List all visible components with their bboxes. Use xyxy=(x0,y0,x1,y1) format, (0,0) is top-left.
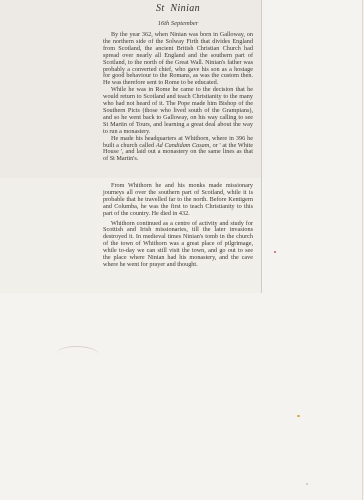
body-text-upper: By the year 362, when Ninian was born in… xyxy=(103,32,253,163)
paragraph: While he was in Rome he came to the deci… xyxy=(103,87,253,135)
scratch-mark xyxy=(57,345,99,354)
scan-edge-line xyxy=(362,0,363,500)
paragraph: From Whithorn he and his monks made miss… xyxy=(103,183,253,218)
dust-speck xyxy=(274,251,276,253)
body-text-lower: From Whithorn he and his monks made miss… xyxy=(103,178,253,269)
scanned-album-page: St Ninian 16th September By the year 362… xyxy=(0,0,364,500)
paragraph: By the year 362, when Ninian was born in… xyxy=(103,32,253,87)
dust-speck xyxy=(297,415,300,417)
clipping-lower-segment: From Whithorn he and his monks made miss… xyxy=(0,178,262,293)
page-title: St Ninian xyxy=(103,4,253,14)
paragraph: He made his headquarters at Whithorn, wh… xyxy=(103,136,253,164)
text-column: St Ninian 16th September By the year 362… xyxy=(103,0,253,163)
paragraph: Whithorn continued as a centre of activi… xyxy=(103,221,253,269)
date-heading: 16th September xyxy=(103,20,253,27)
dust-speck xyxy=(306,483,308,485)
clipping-upper-segment: St Ninian 16th September By the year 362… xyxy=(0,0,262,178)
